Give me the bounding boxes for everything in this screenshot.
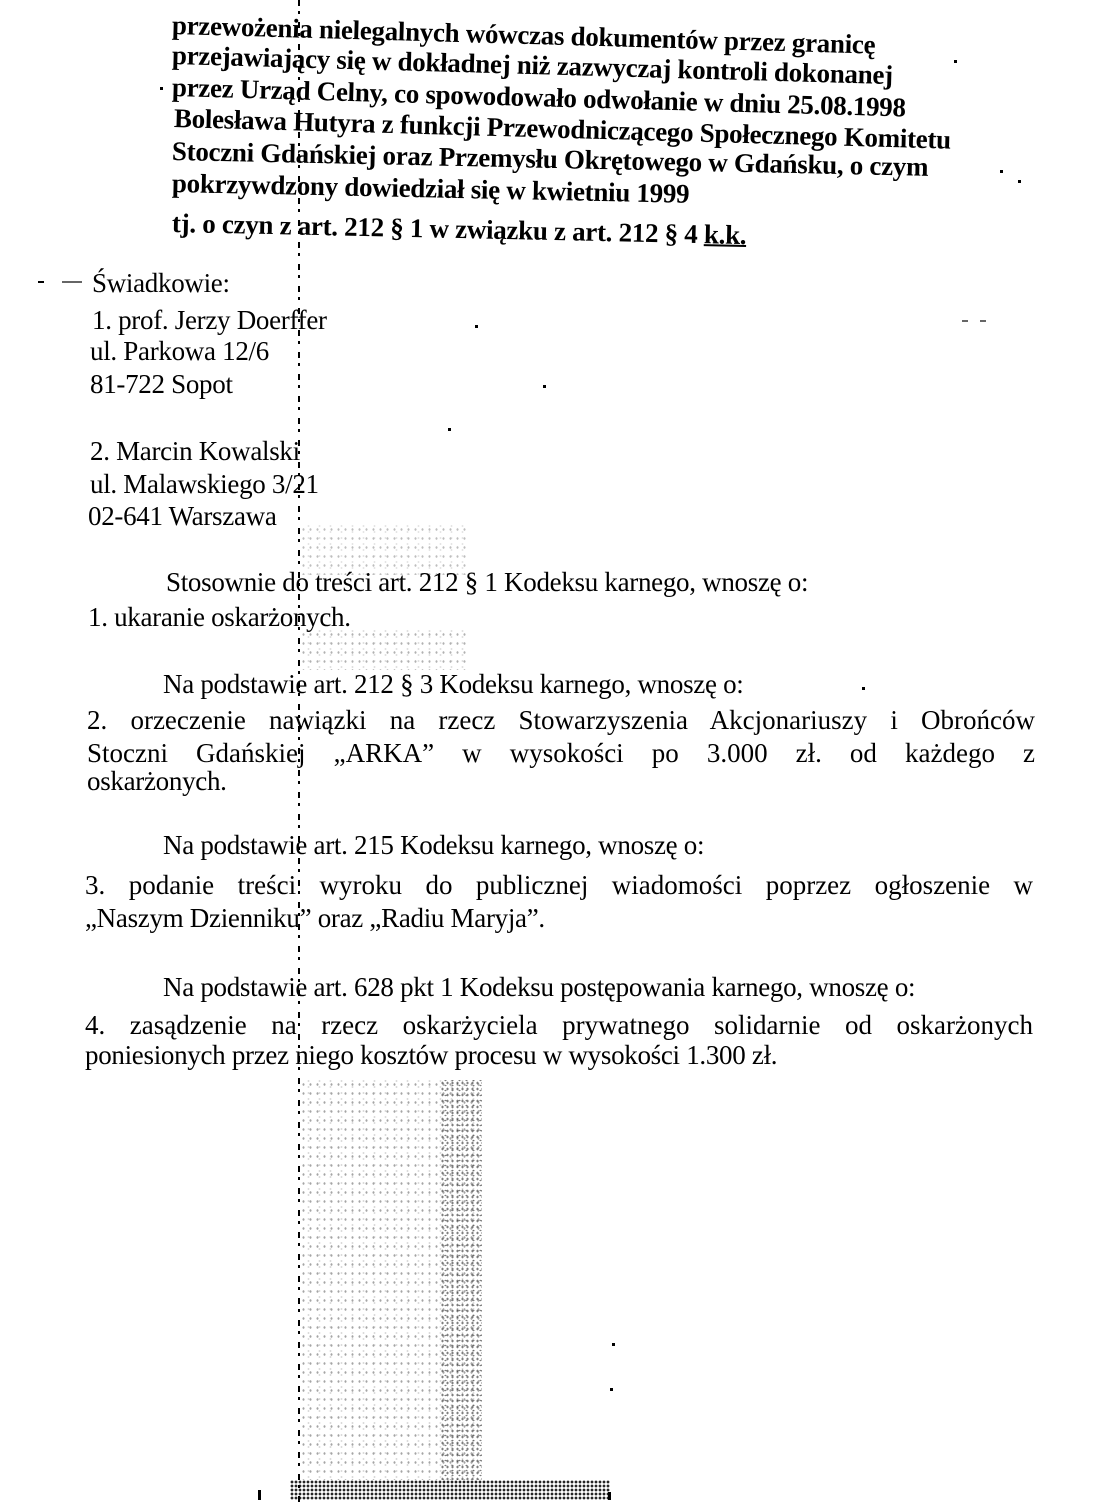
legal-basis-code: k.k. [704,219,747,250]
legal-basis-line: tj. o czyn z art. 212 § 1 w związku z ar… [172,208,747,250]
witnesses-heading: Świadkowie: [92,268,230,298]
witness-1-street: ul. Parkowa 12/6 [90,336,269,366]
scan-speck [1018,180,1021,183]
scan-dash-right-2 [980,320,986,322]
motion-3-intro: Na podstawie art. 215 Kodeksu karnego, w… [163,830,704,860]
scan-speck [1000,170,1003,173]
motion-2-body-line-2: Stoczni Gdańskiej „ARKA” w wysokości po … [87,738,1035,768]
scan-dash-right [962,320,968,322]
motion-4-intro: Na podstawie art. 628 pkt 1 Kodeksu post… [163,972,915,1002]
motion-4-body-line-2: poniesionych przez niego kosztów procesu… [85,1040,777,1070]
scan-speck [448,428,451,431]
scan-noise-dense-strip [440,1080,482,1480]
motion-2-body-line-3: oskarżonych. [87,766,227,796]
witness-2-city: 02-641 Warszawa [88,501,277,531]
motion-4-body-line-1: 4. zasądzenie na rzecz oskarżyciela pryw… [85,1010,1033,1040]
scan-speck [954,60,957,63]
scanned-document-page: przewożenia nielegalnych wówczas dokumen… [0,0,1117,1506]
motion-2-intro: Na podstawie art. 212 § 3 Kodeksu karneg… [163,669,744,699]
witness-1-name: 1. prof. Jerzy Doerffer [92,305,327,335]
witness-2-name: 2. Marcin Kowalski [90,436,300,466]
motion-1-intro: Stosownie do treści art. 212 § 1 Kodeksu… [166,567,808,597]
legal-basis-text: tj. o czyn z art. 212 § 1 w związku z ar… [172,208,705,249]
witness-2-street: ul. Malawskiego 3/21 [90,469,319,499]
scan-speck [610,1388,613,1391]
scan-dash-left-2 [62,281,82,283]
motion-3-body-line-2: „Naszym Dzienniku” oraz „Radiu Maryja”. [85,903,545,933]
motion-2-body-line-1: 2. orzeczenie nawiązki na rzecz Stowarzy… [87,705,1035,735]
scan-speck [258,1490,261,1500]
scan-speck [608,1492,611,1500]
motion-3-body-line-1: 3. podanie treści wyroku do publicznej w… [85,870,1033,900]
scan-speck [543,385,546,388]
witness-1-city: 81-722 Sopot [90,369,233,399]
scan-noise-mid [300,630,470,670]
scan-speck [612,1343,615,1346]
scan-speck [475,325,478,328]
scan-speck [160,87,163,90]
motion-1-body: 1. ukaranie oskarżonych. [88,602,351,632]
scan-bottom-smudge [290,1480,610,1500]
scan-speck [862,687,865,690]
scan-dash-left [38,281,44,283]
